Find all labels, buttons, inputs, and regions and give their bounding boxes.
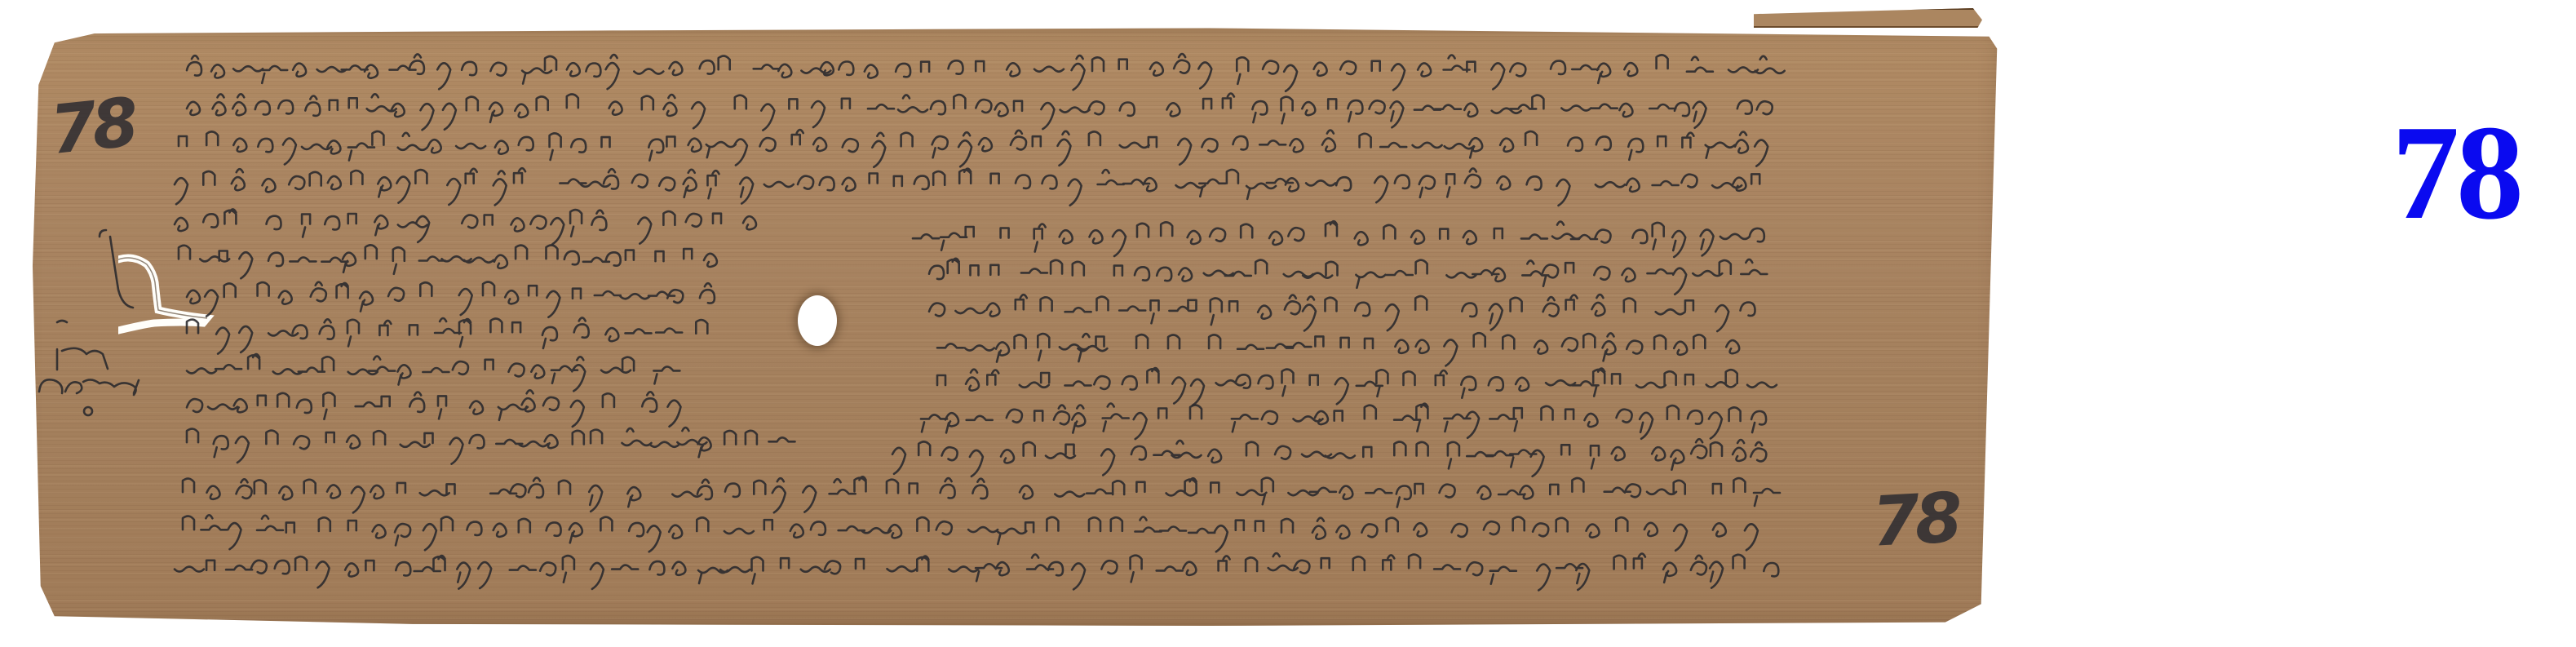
handwritten-folio-number-right: 78 <box>1870 477 1960 561</box>
script-line <box>918 398 1782 431</box>
script-line <box>184 385 706 418</box>
script-line <box>910 216 1782 249</box>
script-line <box>171 548 1790 581</box>
script-line <box>184 349 689 382</box>
script-line <box>184 49 1782 82</box>
string-hole <box>798 295 837 346</box>
script-line <box>184 276 746 308</box>
script-line <box>171 202 775 235</box>
script-line <box>184 312 722 345</box>
script-line <box>184 422 803 454</box>
leaf-split-strip <box>1754 8 1982 28</box>
script-line <box>889 434 1782 467</box>
script-line <box>934 326 1782 359</box>
script-line <box>926 290 1782 322</box>
script-line <box>179 472 1778 504</box>
script-line <box>926 253 1782 286</box>
script-line <box>934 363 1782 396</box>
script-line <box>179 510 1778 543</box>
handwritten-folio-number-left: 78 <box>46 84 137 170</box>
script-line <box>184 88 1782 121</box>
script-line <box>171 163 1782 196</box>
page-number: 78 <box>2392 104 2521 240</box>
script-line <box>175 125 1782 157</box>
script-line <box>175 239 746 272</box>
